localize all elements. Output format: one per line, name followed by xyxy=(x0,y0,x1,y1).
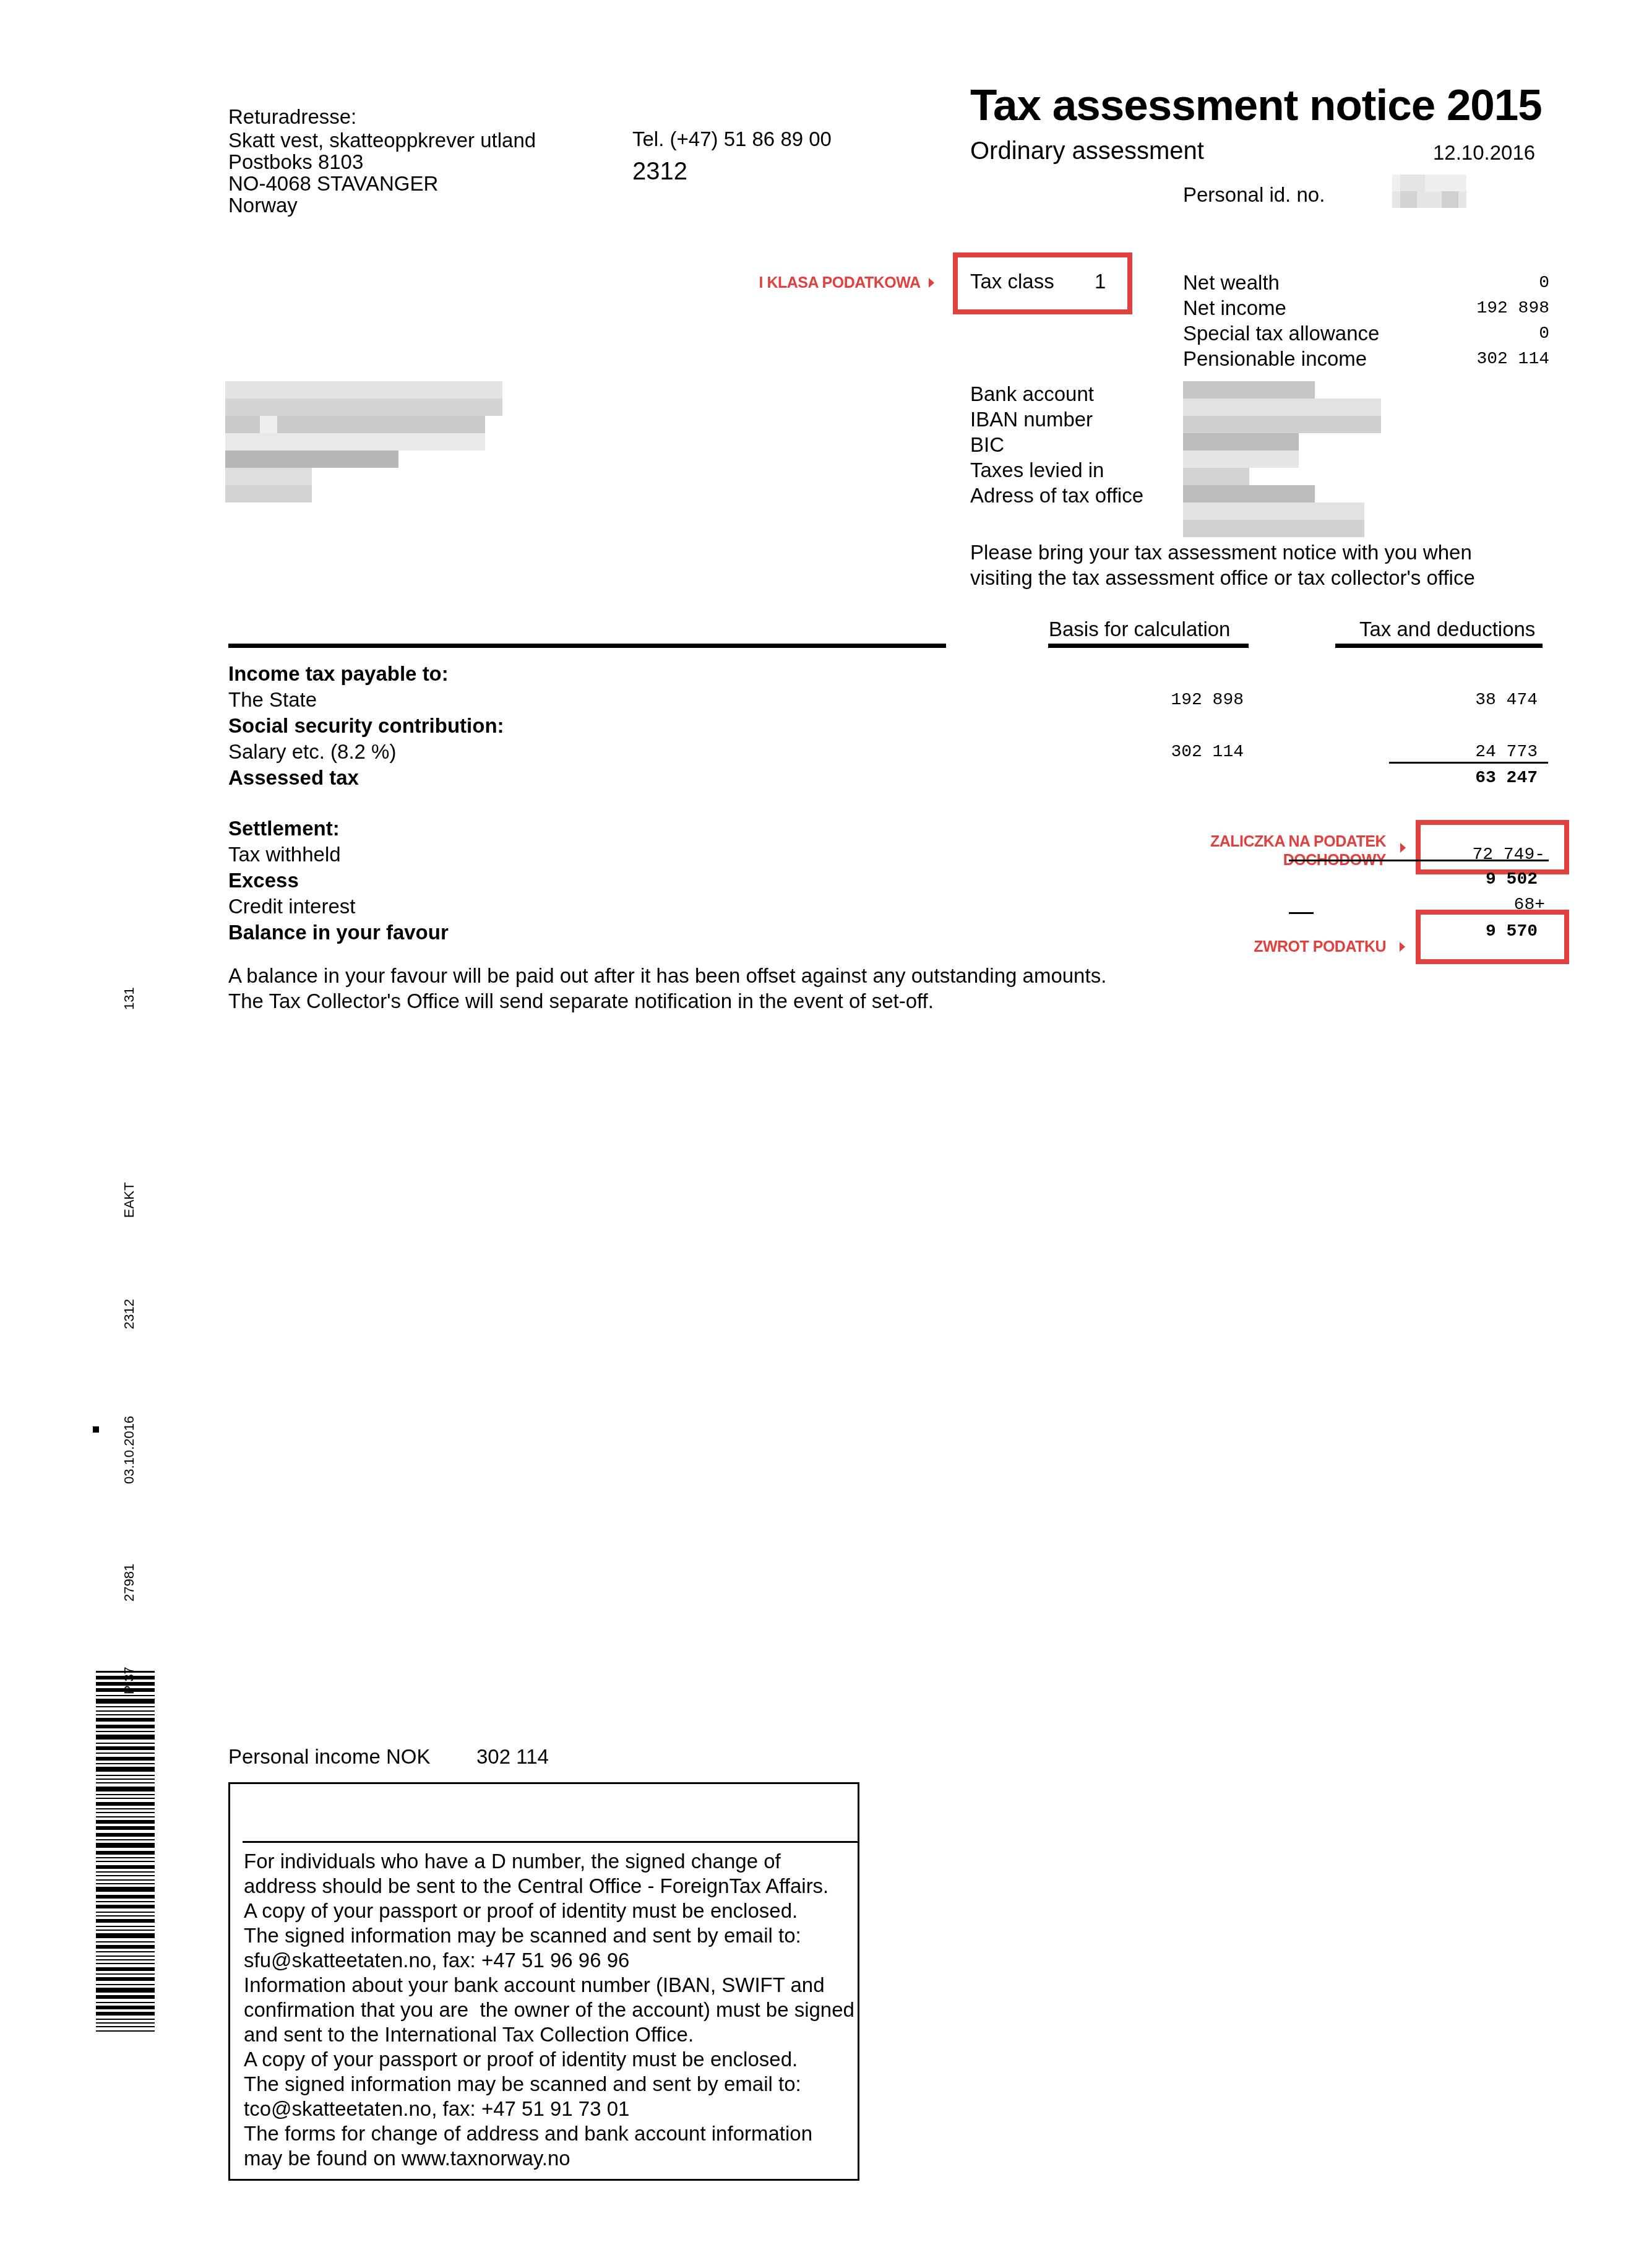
sum-line xyxy=(1289,912,1314,914)
barcode-bar xyxy=(96,1963,155,1964)
barcode-bar xyxy=(96,1676,155,1679)
return-address-line: Skatt vest, skatteoppkrever utland xyxy=(228,129,536,151)
bank-info-labels: Bank account IBAN number BIC Taxes levie… xyxy=(970,381,1143,508)
info-box-line: and sent to the International Tax Collec… xyxy=(244,2022,854,2047)
barcode-bar xyxy=(96,1883,155,1884)
taxes-levied-label: Taxes levied in xyxy=(970,457,1143,483)
barcode-bar xyxy=(96,1933,155,1938)
barcode-bar xyxy=(96,1851,155,1855)
personal-income-label: Personal income NOK xyxy=(228,1744,430,1769)
barcode-bar xyxy=(96,1901,155,1902)
barcode-bar xyxy=(96,1775,155,1776)
barcode-bar xyxy=(96,1757,155,1761)
divider xyxy=(1335,644,1543,648)
barcode-bar xyxy=(96,1710,155,1712)
barcode-bar xyxy=(96,1973,155,1975)
barcode-bar xyxy=(96,1798,155,1799)
barcode-bar xyxy=(96,1763,155,1764)
info-box-line: For individuals who have a D number, the… xyxy=(244,1849,854,1874)
barcode-bar xyxy=(96,1743,155,1744)
excess-value: 9 502 xyxy=(1486,870,1538,889)
info-box-line: address should be sent to the Central Of… xyxy=(244,1874,854,1899)
arrow-right-icon xyxy=(1400,942,1405,952)
summary-row: Net income 192 898 xyxy=(1183,295,1549,321)
barcode-bar xyxy=(96,2022,155,2024)
barcode-bar xyxy=(96,1812,155,1813)
barcode-bar xyxy=(96,1802,155,1806)
balance-value: 9 570 xyxy=(1486,922,1538,941)
info-box-line: The signed information may be scanned an… xyxy=(244,1923,854,1948)
barcode-bar xyxy=(96,1782,155,1783)
barcode-bar xyxy=(96,2026,155,2027)
info-box-line: The forms for change of address and bank… xyxy=(244,2121,854,2146)
side-code: 131 xyxy=(121,987,137,1010)
notice-text-line: visiting the tax assessment office or ta… xyxy=(970,565,1475,590)
barcode-bar xyxy=(96,1945,155,1949)
side-code: 2312 xyxy=(121,1299,137,1329)
annotation-line: ZALICZKA NA PODATEK xyxy=(1114,832,1386,851)
sum-line xyxy=(1289,860,1549,861)
barcode-bar xyxy=(96,1919,155,1923)
info-box-line: The signed information may be scanned an… xyxy=(244,2072,854,2097)
notice-date: 12.10.2016 xyxy=(1433,140,1535,165)
divider xyxy=(1048,644,1249,648)
summary-value: 192 898 xyxy=(1476,299,1549,318)
state-tax: 38 474 xyxy=(1475,691,1538,710)
barcode-bar xyxy=(96,1967,155,1971)
barcode-bar xyxy=(96,1926,155,1927)
barcode-bar xyxy=(96,1887,155,1892)
barcode-bar xyxy=(96,1843,155,1848)
barcode-bar xyxy=(96,1695,155,1696)
marker-square xyxy=(93,1426,99,1433)
summary-value: 0 xyxy=(1539,324,1549,343)
barcode-bar xyxy=(96,2030,155,2032)
return-address-line: NO-4068 STAVANGER xyxy=(228,173,536,194)
notice-text-line: Please bring your tax assessment notice … xyxy=(970,540,1475,565)
personal-income-value: 302 114 xyxy=(476,1744,549,1769)
barcode-bar xyxy=(96,1682,155,1686)
barcode-bar xyxy=(96,1731,155,1732)
assessed-tax-label: Assessed tax xyxy=(228,765,359,790)
balance-label: Balance in your favour xyxy=(228,920,449,945)
barcode-bar xyxy=(96,1861,155,1862)
barcode-bar xyxy=(96,1735,155,1740)
state-label: The State xyxy=(228,687,317,712)
barcode-bar xyxy=(96,1794,155,1795)
barcode-bar xyxy=(96,1871,155,1873)
barcode-bar xyxy=(96,1912,155,1913)
barcode-bar xyxy=(96,1816,155,1817)
divider xyxy=(228,644,946,648)
info-box-line: tco@skatteetaten.no, fax: +47 51 91 73 0… xyxy=(244,2097,854,2121)
tax-withheld-label: Tax withheld xyxy=(228,842,341,867)
barcode-bar xyxy=(96,1826,155,1830)
iban-label: IBAN number xyxy=(970,407,1143,432)
column-header-tax: Tax and deductions xyxy=(1359,616,1535,642)
income-tax-heading: Income tax payable to: xyxy=(228,661,449,686)
page-title: Tax assessment notice 2015 xyxy=(970,80,1542,131)
summary-label: Pensionable income xyxy=(1183,346,1367,371)
summary-value: 302 114 xyxy=(1476,350,1549,369)
personal-id-label: Personal id. no. xyxy=(1183,182,1325,207)
bank-account-label: Bank account xyxy=(970,381,1143,407)
salary-basis: 302 114 xyxy=(1171,743,1244,762)
sum-line xyxy=(1389,762,1548,764)
barcode-bar xyxy=(96,2002,155,2003)
arrow-right-icon xyxy=(929,278,934,288)
balance-note-line: The Tax Collector's Office will send sep… xyxy=(228,988,1106,1014)
credit-interest-label: Credit interest xyxy=(228,894,355,919)
side-code: EAKT xyxy=(121,1183,137,1218)
divider xyxy=(243,1841,858,1843)
info-box-line: may be found on www.taxnorway.no xyxy=(244,2146,854,2171)
settlement-heading: Settlement: xyxy=(228,816,340,841)
barcode-bar xyxy=(96,1706,155,1707)
barcode-bar xyxy=(96,1865,155,1869)
barcode-bar xyxy=(96,1820,155,1824)
excess-label: Excess xyxy=(228,868,299,893)
barcode-bar xyxy=(96,1995,155,1999)
barcode-bar xyxy=(96,1808,155,1809)
info-box-line: confirmation that you are the owner of t… xyxy=(244,1998,854,2022)
barcode-bar xyxy=(96,1988,155,1993)
return-address-line: Norway xyxy=(228,194,536,216)
arrow-right-icon xyxy=(1400,843,1406,853)
barcode-bar xyxy=(96,1930,155,1931)
barcode-bar xyxy=(96,1753,155,1754)
barcode-bar xyxy=(96,1875,155,1876)
side-code: 27981 xyxy=(121,1564,137,1602)
notice-text: Please bring your tax assessment notice … xyxy=(970,540,1475,590)
barcode-bar xyxy=(96,1787,155,1792)
info-box-line: sfu@skatteetaten.no, fax: +47 51 96 96 9… xyxy=(244,1948,854,1973)
office-code: 2312 xyxy=(632,158,687,186)
barcode-bar xyxy=(96,2012,155,2016)
info-box-text: For individuals who have a D number, the… xyxy=(244,1849,854,2171)
return-address-line: Postboks 8103 xyxy=(228,151,536,173)
summary-row: Net wealth 0 xyxy=(1183,270,1549,295)
barcode-bar xyxy=(96,1699,155,1704)
barcode-bar xyxy=(96,1857,155,1858)
barcode-bar xyxy=(96,1984,155,1985)
summary-label: Net income xyxy=(1183,295,1286,321)
info-box-line: A copy of your passport or proof of iden… xyxy=(244,1899,854,1923)
barcode-bar xyxy=(96,1671,155,1673)
tax-withheld-annotation: ZALICZKA NA PODATEK DOCHODOWY xyxy=(1114,832,1386,869)
info-box-line: A copy of your passport or proof of iden… xyxy=(244,2047,854,2072)
balance-note: A balance in your favour will be paid ou… xyxy=(228,963,1106,1014)
summary-list: Net wealth 0 Net income 192 898 Special … xyxy=(1183,270,1549,371)
barcode-bar xyxy=(96,1941,155,1942)
barcode-bar xyxy=(96,1905,155,1908)
bic-label: BIC xyxy=(970,432,1143,457)
barcode-bar xyxy=(96,1688,155,1692)
tax-class-annotation-label: I KLASA PODATKOWA xyxy=(759,274,920,291)
side-code: 03.10.2016 xyxy=(121,1416,137,1484)
summary-value: 0 xyxy=(1539,274,1549,293)
barcode-bar xyxy=(96,1779,155,1780)
summary-row: Pensionable income 302 114 xyxy=(1183,346,1549,371)
barcode-bar xyxy=(96,1718,155,1722)
return-address: Returadresse: Skatt vest, skatteoppkreve… xyxy=(228,104,536,216)
barcode xyxy=(96,1671,155,2034)
column-header-basis: Basis for calculation xyxy=(1049,616,1230,642)
barcode-bar xyxy=(96,1839,155,1840)
info-box: For individuals who have a D number, the… xyxy=(228,1782,859,2181)
barcode-bar xyxy=(96,1955,155,1957)
social-security-heading: Social security contribution: xyxy=(228,713,504,738)
barcode-bar xyxy=(96,1714,155,1715)
summary-label: Special tax allowance xyxy=(1183,321,1379,346)
tax-withheld-value: 72 749- xyxy=(1472,845,1545,865)
tax-class-label: Tax class xyxy=(970,269,1054,294)
barcode-bar xyxy=(96,1767,155,1772)
page-subtitle: Ordinary assessment xyxy=(970,137,1204,165)
barcode-bar xyxy=(96,1959,155,1960)
tax-class-value: 1 xyxy=(1095,269,1106,294)
salary-tax: 24 773 xyxy=(1475,743,1538,762)
barcode-bar xyxy=(96,1725,155,1728)
barcode-bar xyxy=(96,1977,155,1981)
summary-label: Net wealth xyxy=(1183,270,1280,295)
phone-number: Tel. (+47) 51 86 89 00 xyxy=(632,126,832,152)
tax-class-annotation: I KLASA PODATKOWA xyxy=(718,274,934,292)
tax-office-address-label: Adress of tax office xyxy=(970,483,1143,508)
barcode-bar xyxy=(96,2006,155,2009)
barcode-bar xyxy=(96,1833,155,1837)
assessed-tax-value: 63 247 xyxy=(1475,769,1538,788)
barcode-bar xyxy=(96,1895,155,1899)
state-basis: 192 898 xyxy=(1171,691,1244,710)
barcode-bar xyxy=(96,1951,155,1952)
salary-label: Salary etc. (8.2 %) xyxy=(228,739,396,764)
return-address-label: Returadresse: xyxy=(228,104,536,129)
balance-note-line: A balance in your favour will be paid ou… xyxy=(228,963,1106,988)
summary-row: Special tax allowance 0 xyxy=(1183,321,1549,346)
balance-annotation: ZWROT PODATKU xyxy=(1176,938,1386,956)
barcode-bar xyxy=(96,2019,155,2020)
info-box-line: Information about your bank account numb… xyxy=(244,1973,854,1998)
barcode-bar xyxy=(96,1915,155,1917)
barcode-bar xyxy=(96,1879,155,1881)
barcode-bar xyxy=(96,1746,155,1750)
